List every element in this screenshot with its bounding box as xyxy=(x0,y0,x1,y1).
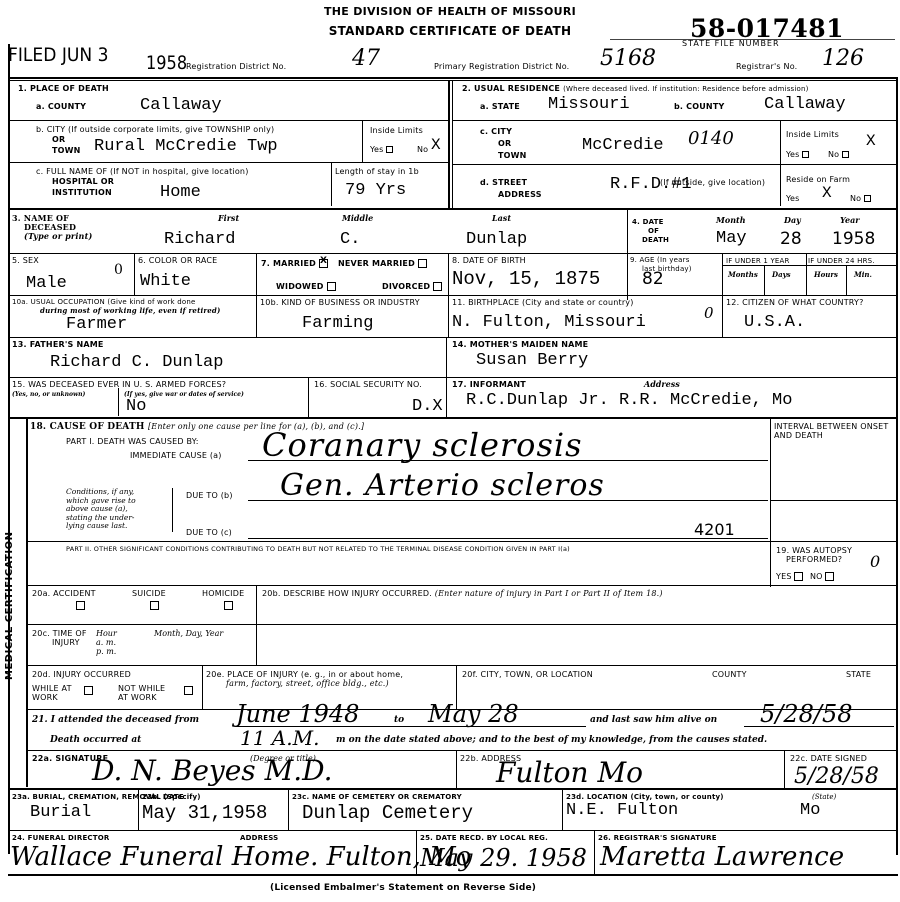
signature-value: D. N. Beyes M.D. xyxy=(92,754,333,787)
mdy-label: Month, Day, Year xyxy=(154,629,223,638)
occupation-value: Farmer xyxy=(66,316,127,334)
res-farm-yes[interactable]: Yes xyxy=(786,194,800,203)
dod-day: 28 xyxy=(780,230,802,248)
pod-hospital-l2: HOSPITAL OR xyxy=(52,177,114,186)
res-farm-label: Reside on Farm xyxy=(786,175,850,184)
death-time: 11 A.M. xyxy=(240,726,319,750)
attended-from: June 1948 xyxy=(236,700,359,728)
armed-value: No xyxy=(126,398,146,416)
pod-inside-yes[interactable]: Yes xyxy=(370,145,393,154)
first-label: First xyxy=(218,214,239,223)
race-value: White xyxy=(140,273,191,291)
cemetery-value: Dunlap Cemetery xyxy=(302,804,473,822)
father-label: 13. FATHER'S NAME xyxy=(12,340,104,349)
registrar-no-value: 126 xyxy=(822,46,864,71)
medical-certification-label: MEDICAL CERTIFICATION xyxy=(4,660,15,680)
res-city-code: 0140 xyxy=(688,128,734,149)
to-text: to xyxy=(394,716,404,725)
accident-checkbox[interactable] xyxy=(76,601,85,610)
state-file-number-label: STATE FILE NUMBER xyxy=(682,39,780,48)
informant-address-label: Address xyxy=(644,380,680,389)
res-city-or: OR xyxy=(498,139,511,148)
occurred-label: 20d. INJURY OCCURRED xyxy=(32,670,131,679)
last-name: Dunlap xyxy=(466,231,527,249)
hours-label: Hours xyxy=(814,270,838,279)
burial-value: Burial xyxy=(30,804,91,822)
place-injury-label: 20e. PLACE OF INJURY (e. g., in or about… xyxy=(206,670,403,688)
birthplace-value: N. Fulton, Missouri xyxy=(452,314,646,332)
sex-code: 0 xyxy=(114,262,123,278)
registrar-no-label: Registrar's No. xyxy=(736,62,797,71)
res-city-value: McCredie xyxy=(582,137,664,155)
recd-value: May 29. 1958 xyxy=(420,844,587,872)
informant-label: 17. INFORMANT xyxy=(452,380,526,389)
usual-residence-label: 2. USUAL RESIDENCE (Where deceased lived… xyxy=(462,84,809,94)
injury-county-label: COUNTY xyxy=(712,670,747,679)
mother-value: Susan Berry xyxy=(476,352,588,370)
dob-value: Nov, 15, 1875 xyxy=(452,270,600,288)
homicide-checkbox[interactable] xyxy=(224,601,233,610)
res-inside-limits-label: Inside Limits xyxy=(786,130,839,139)
autopsy-code: 0 xyxy=(870,552,880,571)
pod-city-label: b. CITY (If outside corporate limits, gi… xyxy=(36,125,274,134)
armed-label2: (Yes, no, or unknown) xyxy=(12,390,85,399)
primary-reg-district-value: 5168 xyxy=(600,46,656,71)
pod-city-town: TOWN xyxy=(52,146,81,155)
director-value: Wallace Funeral Home. Fulton, Mo xyxy=(10,842,471,872)
due-b-value: Gen. Arterio scleros xyxy=(280,468,605,503)
recd-label: 25. DATE RECD. BY LOCAL REG. xyxy=(420,834,548,843)
middle-label: Middle xyxy=(342,214,373,223)
address-value: Fulton Mo xyxy=(496,756,643,789)
injury-state-label: STATE xyxy=(846,670,871,679)
res-farm-mark: X xyxy=(822,184,832,202)
father-value: Richard C. Dunlap xyxy=(50,354,223,372)
conditions-note: Conditions, if any, which gave rise to a… xyxy=(66,488,136,531)
pod-city-value: Rural McCredie Twp xyxy=(94,138,278,156)
armed-label: 15. WAS DECEASED EVER IN U. S. ARMED FOR… xyxy=(12,380,226,389)
attended-to: May 28 xyxy=(428,700,519,728)
hour-label: Houra. m.p. m. xyxy=(96,629,117,656)
date-signed-label: 22c. DATE SIGNED xyxy=(790,754,867,763)
due-b-label: DUE TO (b) xyxy=(186,491,233,500)
filed-year: 1958 xyxy=(146,52,187,74)
mother-label: 14. MOTHER'S MAIDEN NAME xyxy=(452,340,588,349)
while-work-checkbox[interactable] xyxy=(84,686,93,695)
dod-month-label: Month xyxy=(716,216,746,225)
registrar-sig-value: Maretta Lawrence xyxy=(600,842,844,872)
business-label: 10b. KIND OF BUSINESS OR INDUSTRY xyxy=(260,298,420,307)
pod-hospital-l3: INSTITUTION xyxy=(52,188,112,197)
pod-inside-no-mark: X xyxy=(431,136,441,154)
marital-married[interactable]: 7. MARRIED X xyxy=(261,259,328,268)
interval-label: INTERVAL BETWEEN ONSET AND DEATH xyxy=(774,422,894,440)
not-while-work-label: NOT WHILE AT WORK xyxy=(118,684,178,702)
pod-stay-label: Length of stay in 1b xyxy=(335,167,419,176)
sex-value: Male xyxy=(26,275,67,293)
last-saw-text: and last saw him alive on xyxy=(590,716,717,725)
pod-inside-no[interactable]: No xyxy=(417,145,428,154)
last-saw-value: 5/28/58 xyxy=(760,700,853,728)
location-value: N.E. Fulton xyxy=(566,802,678,820)
pod-county-label: a. COUNTY xyxy=(36,102,86,111)
pod-inside-limits-label: Inside Limits xyxy=(370,126,423,135)
res-city-town: TOWN xyxy=(498,151,527,160)
pod-hospital-value: Home xyxy=(160,184,201,202)
middle-name: C. xyxy=(340,231,360,249)
suicide-label: SUICIDE xyxy=(132,589,166,598)
part2-label: PART II. OTHER SIGNIFICANT CONDITIONS CO… xyxy=(66,545,570,554)
immediate-label: IMMEDIATE CAUSE (a) xyxy=(130,451,222,460)
reg-district-label: Registration District No. xyxy=(186,62,286,71)
burial-date-label: 23b. DATE xyxy=(142,793,184,802)
res-state-label: a. STATE xyxy=(480,102,520,111)
due-c-value: 4201 xyxy=(694,520,735,539)
burial-state-value: Mo xyxy=(800,802,820,820)
age-value: 82 xyxy=(642,270,664,288)
reg-district-value: 47 xyxy=(352,46,380,71)
sex-label: 5. SEX xyxy=(12,256,39,265)
res-farm-no[interactable]: No xyxy=(850,194,871,203)
citizen-label: 12. CITIZEN OF WHAT COUNTRY? xyxy=(726,298,864,307)
res-inside-mark: X xyxy=(866,132,876,150)
ssn-label: 16. SOCIAL SECURITY NO. xyxy=(314,380,422,389)
city-loc-label: 20f. CITY, TOWN, OR LOCATION xyxy=(462,670,593,679)
while-work-label: WHILE AT WORK xyxy=(32,684,82,702)
business-value: Farming xyxy=(302,315,373,333)
dob-label: 8. DATE OF BIRTH xyxy=(452,256,526,265)
accident-label: 20a. ACCIDENT xyxy=(32,589,96,598)
dod-label: 4. DATEOFDEATH xyxy=(632,218,669,245)
min-label: Min. xyxy=(854,270,872,279)
death-at-text: Death occurred at xyxy=(50,736,141,745)
burial-date-value: May 31,1958 xyxy=(142,804,267,822)
marital-widowed[interactable]: WIDOWED xyxy=(276,282,336,291)
res-city-label: c. CITY xyxy=(480,127,512,136)
last-label: Last xyxy=(492,214,511,223)
not-while-work-checkbox[interactable] xyxy=(184,686,193,695)
ssn-value: D.X xyxy=(412,398,443,416)
months-label: Months xyxy=(728,270,758,279)
res-inside-no[interactable]: No xyxy=(828,150,849,159)
attended-text: 21. I attended the deceased from xyxy=(32,716,199,725)
place-of-death-label: 1. PLACE OF DEATH xyxy=(18,84,109,93)
res-street-note: (If outside, give location) xyxy=(660,178,765,187)
occupation-label: 10a. USUAL OCCUPATION (Give kind of work… xyxy=(12,298,221,315)
res-street-label: d. STREET xyxy=(480,178,527,187)
first-name: Richard xyxy=(164,231,235,249)
race-label: 6. COLOR OR RACE xyxy=(138,256,217,265)
citizen-value: U.S.A. xyxy=(744,314,805,332)
marital-divorced[interactable]: DIVORCED xyxy=(382,282,442,291)
autopsy-label: 19. WAS AUTOPSYPERFORMED? xyxy=(776,546,852,564)
days-label: Days xyxy=(772,270,791,279)
death-at-text2: m on the date stated above; and to the b… xyxy=(336,736,767,745)
homicide-label: HOMICIDE xyxy=(202,589,244,598)
pod-city-or: OR xyxy=(52,135,65,144)
res-state-value: Missouri xyxy=(548,96,630,114)
describe-label: 20b. DESCRIBE HOW INJURY OCCURRED. (Ente… xyxy=(262,589,663,598)
informant-value: R.C.Dunlap Jr. R.R. McCredie, Mo xyxy=(466,392,792,410)
primary-reg-district-label: Primary Registration District No. xyxy=(434,62,569,71)
marital-never[interactable]: NEVER MARRIED xyxy=(338,259,427,268)
part1-label: PART I. DEATH WAS CAUSED BY: xyxy=(66,437,199,446)
pod-hospital-label: c. FULL NAME OF (If NOT in hospital, giv… xyxy=(36,167,249,176)
dod-month: May xyxy=(716,230,747,248)
footer-note: (Licensed Embalmer's Statement on Revers… xyxy=(270,884,536,893)
title-line1: THE DIVISION OF HEALTH OF MISSOURI xyxy=(300,5,600,18)
pod-stay-value: 79 Yrs xyxy=(345,182,406,200)
res-county-label: b. COUNTY xyxy=(674,102,724,111)
birthplace-label: 11. BIRTHPLACE (City and state or countr… xyxy=(452,298,634,307)
title-line2: STANDARD CERTIFICATE OF DEATH xyxy=(290,24,610,38)
pod-county-value: Callaway xyxy=(140,97,222,115)
name-label: 3. NAME OFDECEASED(Type or print) xyxy=(12,214,92,241)
autopsy-no[interactable]: NO xyxy=(810,572,834,581)
immediate-cause-value: Coranary sclerosis xyxy=(262,426,583,464)
res-county-value: Callaway xyxy=(764,96,846,114)
suicide-checkbox[interactable] xyxy=(150,601,159,610)
cemetery-label: 23c. NAME OF CEMETERY OR CREMATORY xyxy=(292,793,462,802)
dod-day-label: Day xyxy=(784,216,801,225)
time-injury-label: 20c. TIME OFINJURY xyxy=(32,629,87,647)
res-street-l2: ADDRESS xyxy=(498,190,542,199)
autopsy-yes[interactable]: YES xyxy=(776,572,803,581)
date-signed-value: 5/28/58 xyxy=(794,764,879,789)
dod-year-label: Year xyxy=(840,216,860,225)
birthplace-code: 0 xyxy=(704,304,714,322)
due-c-label: DUE TO (c) xyxy=(186,528,232,537)
filed-stamp: FILED JUN 3 xyxy=(8,44,108,66)
dod-year: 1958 xyxy=(832,230,875,248)
res-inside-yes[interactable]: Yes xyxy=(786,150,809,159)
